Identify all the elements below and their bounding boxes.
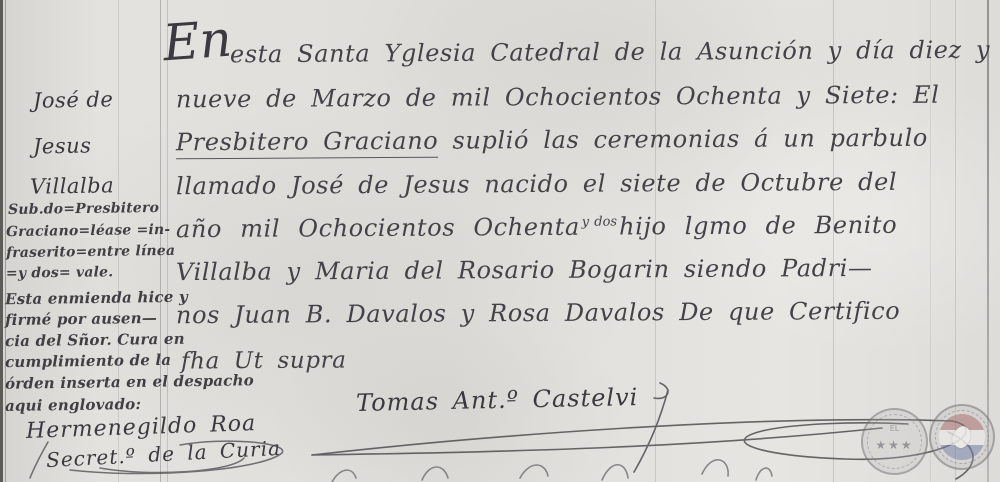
page-rule-c	[930, 0, 931, 482]
amendment-note1-line-4: =y dos= vale.	[6, 265, 113, 280]
seal-top-text: EL	[861, 424, 928, 433]
margin-name-line-2: Jesus	[33, 135, 92, 157]
body-line-3: Presbitero Graciano suplió las ceremonia…	[176, 126, 928, 155]
body-line-2: nueve de Marzo de mil Ochocientos Ochent…	[176, 83, 940, 112]
priest-signature: Tomas Ant.º Castelvi	[356, 385, 639, 415]
margin-name-line-1: José de	[33, 89, 114, 111]
amendment-note2-line-6: aqui englovado:	[5, 397, 141, 414]
body-line-7: nos Juan B. Davalos y Rosa Davalos De qu…	[176, 299, 900, 327]
amendment-note1-line-3: fraserito=entre línea	[6, 244, 175, 260]
column-divider-rule-1	[160, 0, 161, 482]
margin-name-line-3: Villalba	[30, 175, 115, 197]
body-initial-flourish: En	[161, 14, 233, 69]
amendment-note2-line-4: cumplimiento de la	[5, 353, 171, 370]
column-divider-rule-2	[167, 0, 168, 482]
amendment-note1-line-1: Sub.do=Presbitero	[8, 201, 159, 217]
body-line-8-fecha: fha Ut supra	[181, 349, 347, 373]
scan-left-edge	[0, 0, 3, 482]
page-rule-a	[655, 0, 656, 482]
body-line-5-interlined-insertion: y dos	[582, 215, 617, 230]
three-stars-seal-icon: EL ★★★	[861, 408, 928, 475]
body-line-5-before: año mil Ochocientos Ochenta	[176, 213, 580, 243]
amendment-note2-line-5: órden inserta en el despacho	[5, 373, 254, 391]
amendment-note2-line-3: cia del Sñor. Cura en	[5, 332, 185, 350]
scan-right-edge	[987, 0, 989, 482]
body-line-1: esta Santa Yglesia Catedral de la Asunci…	[230, 38, 990, 67]
scanned-parish-register-page: José de Jesus Villalba Sub.do=Presbitero…	[0, 0, 1000, 482]
body-line-6: Villalba y Maria del Rosario Bogarin sie…	[176, 256, 873, 284]
amendment-note1-line-2: Graciano=léase =in-	[6, 223, 171, 239]
amendment-note2-line-2: firmé por ausen—	[5, 311, 157, 328]
body-line-4: llamado José de Jesus nacido el siete de…	[176, 170, 897, 198]
secretary-signature-title: Secret.º de la Curia	[46, 438, 282, 470]
amendment-note2-line-1: Esta enmienda hice y	[5, 290, 188, 308]
body-line-3-rest: suplió las ceremonias á un parbulo	[452, 124, 928, 155]
seal-stars: ★★★	[861, 438, 928, 452]
body-line-5-after: hijo lgmo de Benito	[619, 211, 897, 241]
page-rule-b	[833, 0, 834, 482]
body-line-5: año mil Ochocientos Ochentay doshijo lgm…	[176, 213, 897, 241]
seal-flag-core	[939, 414, 985, 460]
paraguay-flag-seal-icon	[929, 404, 995, 470]
body-line-3-underlined-phrase: Presbitero Graciano	[176, 127, 438, 160]
